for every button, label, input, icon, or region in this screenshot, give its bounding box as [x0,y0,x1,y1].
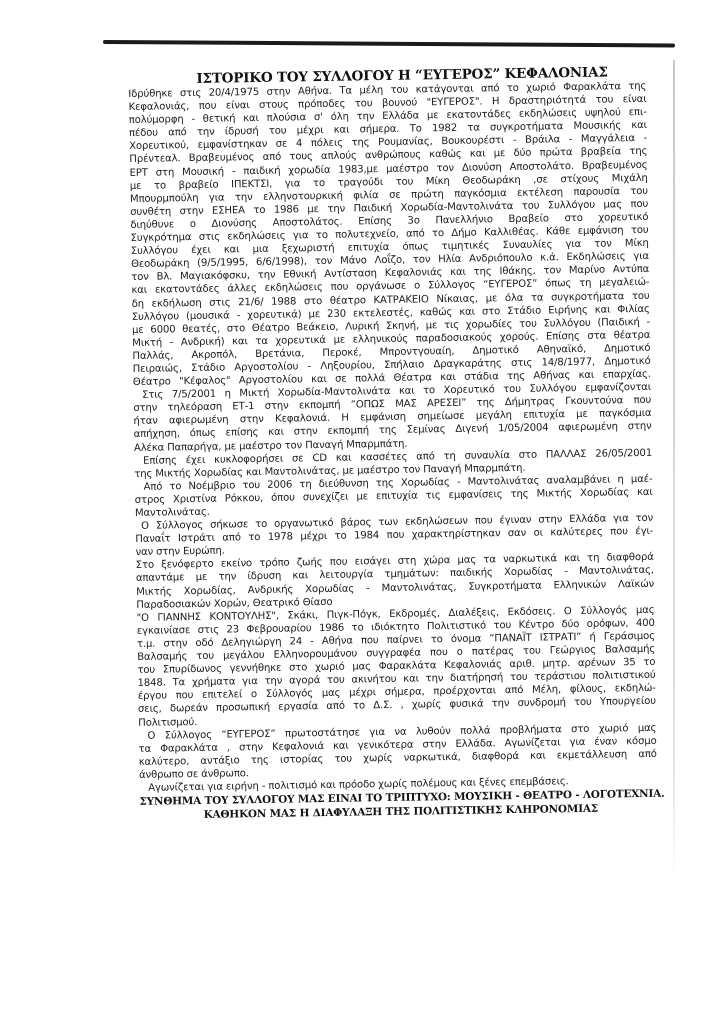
document-page: ΙΣΤΟΡΙΚΟ ΤΟΥ ΣΥΛΛΟΓΟΥ Η “ΕΥΓΕΡΟΣ” ΚΕΦΑΛΟ… [128,64,658,823]
scan-right-edge [673,60,675,880]
scan-top-rule [103,40,675,47]
document-body: Ιδρύθηκε στις 20/4/1975 στην Αθήνα. Τα μ… [128,80,657,795]
